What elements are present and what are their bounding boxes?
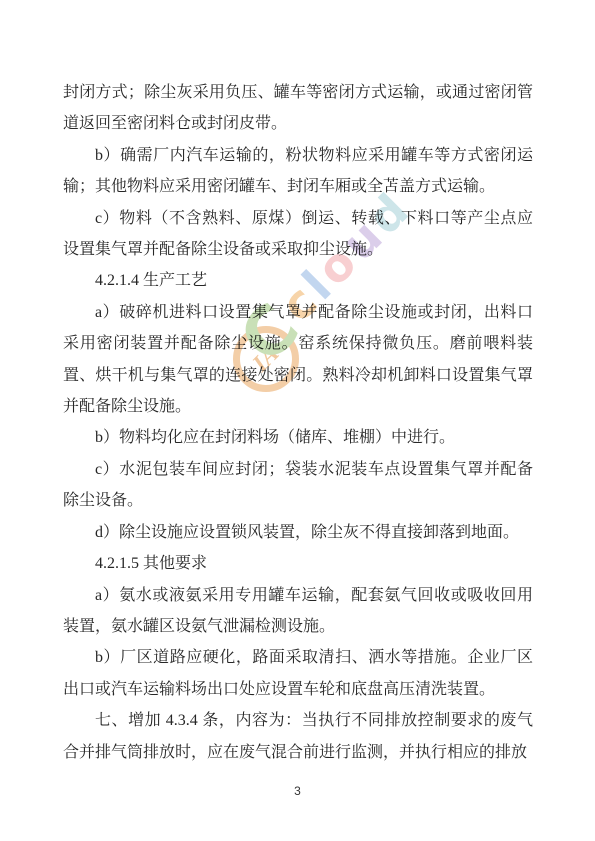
paragraph: 4.2.1.5 其他要求 bbox=[63, 548, 533, 579]
paragraph: c）水泥包装车间应封闭；袋装水泥装车点设置集气罩并配备除尘设备。 bbox=[63, 454, 533, 517]
paragraph: b）确需厂内汽车运输的，粉状物料应采用罐车等方式密闭运输；其他物料应采用密闭罐车… bbox=[63, 140, 533, 203]
paragraph: b）物料均化应在封闭料场（储库、堆棚）中进行。 bbox=[63, 422, 533, 453]
page-number: 3 bbox=[0, 784, 595, 798]
paragraph: 封闭方式；除尘灰采用负压、罐车等密闭方式运输，或通过密闭管道返回至密闭料仓或封闭… bbox=[63, 77, 533, 140]
document-body: 封闭方式；除尘灰采用负压、罐车等密闭方式运输，或通过密闭管道返回至密闭料仓或封闭… bbox=[63, 77, 533, 768]
paragraph: b）厂区道路应硬化，路面采取清扫、洒水等措施。企业厂区出口或汽车运输料场出口处应… bbox=[63, 642, 533, 705]
paragraph: a）破碎机进料口设置集气罩并配备除尘设施或封闭，出料口采用密闭装置并配备除尘设施… bbox=[63, 297, 533, 423]
paragraph: 4.2.1.4 生产工艺 bbox=[63, 265, 533, 296]
paragraph: c）物料（不含熟料、原煤）倒运、转载、下料口等产尘点应设置集气罩并配备除尘设备或… bbox=[63, 203, 533, 266]
paragraph: 七、增加 4.3.4 条，内容为：当执行不同排放控制要求的废气合并排气筒排放时，… bbox=[63, 705, 533, 768]
document-page: 封闭方式；除尘灰采用负压、罐车等密闭方式运输，或通过密闭管道返回至密闭料仓或封闭… bbox=[0, 0, 595, 841]
paragraph: a）氨水或液氨采用专用罐车运输，配套氨气回收或吸收回用装置，氨水罐区设氨气泄漏检… bbox=[63, 580, 533, 643]
paragraph: d）除尘设施应设置锁风装置，除尘灰不得直接卸落到地面。 bbox=[63, 517, 533, 548]
